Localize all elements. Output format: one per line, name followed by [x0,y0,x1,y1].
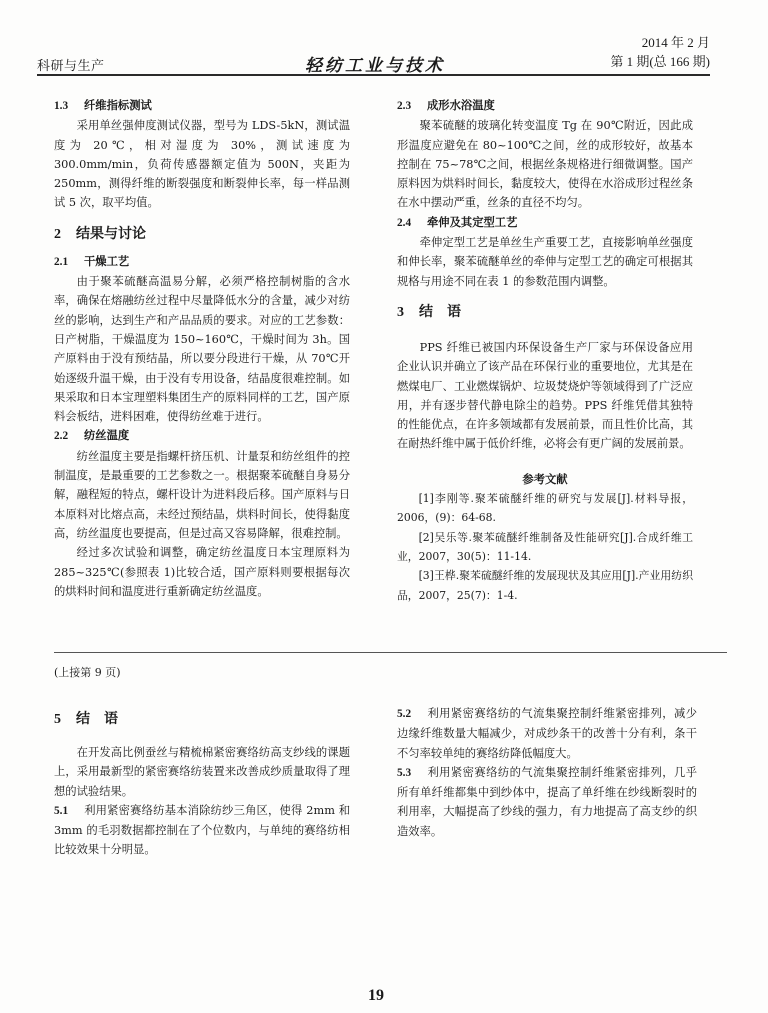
section-2-1-body: 由于聚苯硫醚高温易分解，必须严格控制树脂的含水率，确保在熔融纺丝过程中尽量降低水… [54,272,350,426]
section-5-body: 在开发高比例蚕丝与精梳棉紧密赛络纺高支纱线的课题上，采用最新型的紧密赛络纺装置来… [54,743,350,801]
issue-number: 第 1 期(总 166 期) [610,52,710,71]
section-2-2-body-1: 纺丝温度主要是指螺杆挤压机、计量泵和纺丝组件的控制温度，是最重要的工艺参数之一。… [54,447,350,543]
section-2-4-heading: 2.4牵伸及其定型工艺 [397,213,693,233]
section-5-3: 5.3利用紧密赛络纺的气流集聚控制纤维紧密排列，几乎所有单纤维都集中到纱体中，提… [397,763,697,841]
section-5-1: 5.1利用紧密赛络纺基本消除纺纱三角区，使得 2mm 和 3mm 的毛羽数据都控… [54,801,350,860]
journal-title: 轻纺工业与技术 [305,51,445,76]
section-1-3-heading: 1.3纤维指标测试 [54,96,350,116]
section-2-2-body-2: 经过多次试验和调整，确定纺丝温度日本宝理原料为 285~325℃(参照表 1)比… [54,543,350,601]
header-rule [37,74,710,76]
reference-3: [3]王桦.聚苯硫醚纤维的发展现状及其应用[J].产业用纺织品，2007，25(… [397,566,693,605]
section-2-3-heading: 2.3成形水浴温度 [397,96,693,116]
section-divider [54,652,727,653]
section-2-2-heading: 2.2纺丝温度 [54,426,350,446]
section-3-heading: 3结 语 [397,301,693,324]
section-2-4-body: 牵伸定型工艺是单丝生产重要工艺，直接影响单丝强度和伸长率，聚苯硫醚单丝的牵伸与定… [397,233,693,291]
reference-2: [2]吴乐等.聚苯硫醚纤维制备及性能研究[J].合成纤维工业，2007，30(5… [397,528,693,567]
references-heading: 参考文献 [397,470,693,489]
section-3-body: PPS 纤维已被国内环保设备生产厂家与环保设备应用企业认识并确立了该产品在环保行… [397,338,693,454]
continuation-note: (上接第 9 页) [54,664,121,680]
page-header: 科研与生产 轻纺工业与技术 2014 年 2 月 第 1 期(总 166 期) [37,30,710,74]
top-right-column: 2.3成形水浴温度 聚苯硫醚的玻璃化转变温度 Tg 在 90℃附近，因此成形温度… [397,96,693,605]
section-2-3-body: 聚苯硫醚的玻璃化转变温度 Tg 在 90℃附近，因此成形温度应避免在 80~10… [397,116,693,212]
section-label: 科研与生产 [37,55,105,74]
issue-date: 2014 年 2 月 [610,33,710,52]
page-number: 19 [368,987,384,1005]
section-2-heading: 2结果与讨论 [54,223,350,246]
bottom-right-column: 5.2利用紧密赛络纺的气流集聚控制纤维紧密排列，减少边缘纤维数量大幅减少，对成纱… [397,704,697,841]
reference-1: [1]李刚等.聚苯硫醚纤维的研究与发展[J].材料导报，2006，(9)：64-… [397,489,693,528]
section-5-2: 5.2利用紧密赛络纺的气流集聚控制纤维紧密排列，减少边缘纤维数量大幅减少，对成纱… [397,704,697,763]
bottom-left-column: 5结 语 在开发高比例蚕丝与精梳棉紧密赛络纺高支纱线的课题上，采用最新型的紧密赛… [54,708,350,860]
top-left-column: 1.3纤维指标测试 采用单丝强伸度测试仪器，型号为 LDS-5kN，测试温度为 … [54,96,350,601]
issue-info: 2014 年 2 月 第 1 期(总 166 期) [610,33,710,71]
section-1-3-body: 采用单丝强伸度测试仪器，型号为 LDS-5kN，测试温度为 20℃，相对湿度为 … [54,116,350,212]
section-5-heading: 5结 语 [54,708,350,731]
section-2-1-heading: 2.1干燥工艺 [54,252,350,272]
